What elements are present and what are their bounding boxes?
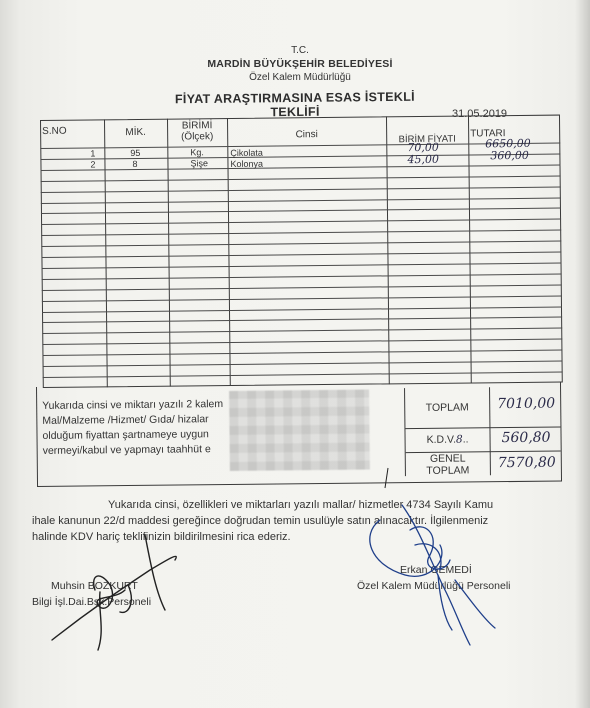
body-text-line2: ihale kanunun 22/d maddesi gereğince doğ… <box>32 515 488 527</box>
body-text-line3: halinde KDV hariç teklifinizin bildirilm… <box>32 531 291 543</box>
genel-toplam-value: 7570,80 <box>498 455 556 472</box>
row2-tutari: 360,00 <box>490 149 529 162</box>
column-header-sno: S.NO <box>42 126 82 137</box>
row2-birim-fiyati: 45,00 <box>407 153 439 166</box>
items-table: S.NO MİK. BİRİMİ (Ölçek) Cinsi BİRİM FİY… <box>40 115 563 388</box>
row2-sno: 2 <box>90 159 95 169</box>
column-header-mik: MİK. <box>104 127 167 139</box>
scanned-document: T.C. MARDİN BÜYÜKŞEHİR BELEDİYESİ Özel K… <box>0 0 590 708</box>
row2-mik: 8 <box>132 159 137 169</box>
kdv-label: K.D.V.8.. <box>406 433 490 446</box>
right-signer-title: Özel Kalem Müdürlüğü Personeli <box>357 580 511 592</box>
toplam-label: TOPLAM <box>405 401 489 414</box>
left-signer-name: Muhsin BOZKURT <box>51 580 138 592</box>
genel-toplam-row: GENEL TOPLAM 7570,80 <box>406 451 561 479</box>
country-header: T.C. <box>150 45 450 56</box>
left-signer-title: Bilgi İşl.Dai.Bşk.Personeli <box>32 596 151 608</box>
row1-birim: Kg. <box>190 147 204 157</box>
organization-name: MARDİN BÜYÜKŞEHİR BELEDİYESİ <box>150 58 450 70</box>
row1-mik: 95 <box>130 148 140 158</box>
column-header-birim: BİRİMİ (Ölçek) <box>167 120 227 143</box>
redacted-area <box>229 390 370 471</box>
statement-and-totals: Yukarıda cinsi ve miktarı yazılı 2 kalem… <box>36 382 562 487</box>
row1-sno: 1 <box>90 148 95 158</box>
genel-toplam-label: GENEL TOPLAM <box>406 452 490 477</box>
supplier-statement: Yukarıda cinsi ve miktarı yazılı 2 kalem… <box>42 397 224 459</box>
kdv-rate: 8 <box>456 434 463 446</box>
right-signer-name: Erkan GEMEDİ <box>400 564 472 576</box>
body-text-line1: Yukarıda cinsi, özellikleri ve miktarlar… <box>108 499 493 511</box>
row2-cinsi: Kolonya <box>230 159 263 169</box>
column-header-cinsi: Cinsi <box>227 128 386 141</box>
kdv-row: K.D.V.8.. 560,80 <box>405 427 560 454</box>
toplam-value: 7010,00 <box>497 396 555 413</box>
toplam-row: TOPLAM 7010,00 <box>405 387 560 430</box>
row2-birim: Şişe <box>190 158 208 168</box>
totals-box: TOPLAM 7010,00 K.D.V.8.. 560,80 GENEL TO… <box>404 387 561 477</box>
kdv-value: 560,80 <box>501 430 550 447</box>
row1-cinsi: Çikolata <box>230 148 263 158</box>
department-name: Özel Kalem Müdürlüğü <box>150 72 450 83</box>
left-signature-icon <box>52 535 176 650</box>
